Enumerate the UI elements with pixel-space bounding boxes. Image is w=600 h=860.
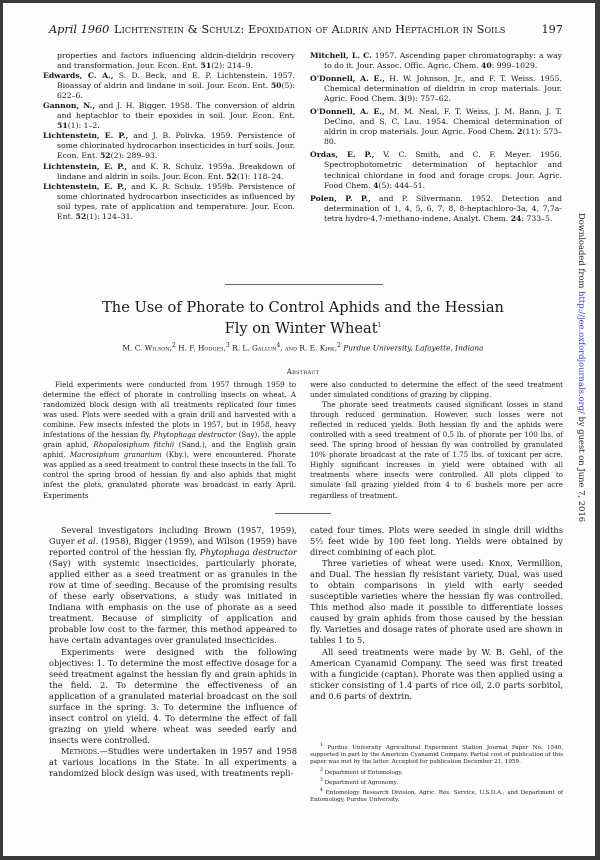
body-left: Several investigators including Brown (1… bbox=[49, 525, 297, 779]
page-number: 197 bbox=[541, 23, 563, 36]
reference-item: Ordas, E. P., V. C. Smith, and C. F. Mey… bbox=[310, 150, 562, 190]
section-divider bbox=[225, 284, 383, 285]
footnote: 4 Entomology Research Division, Agric. R… bbox=[310, 787, 563, 804]
reference-item: Polen, P. P., and P. Silvermann. 1952. D… bbox=[310, 194, 562, 224]
reference-item: Lichtenstein, E. P., and K. R. Schulz. 1… bbox=[43, 162, 295, 182]
references-right: Mitchell, L. C. 1957. Ascending paper ch… bbox=[310, 51, 562, 224]
reference-item: O'Donnell, A. E., M. M. Neal, F. T. Weis… bbox=[310, 107, 562, 147]
reference-item: properties and factors influencing aldri… bbox=[43, 51, 295, 71]
journal-link[interactable]: http://jee.oxfordjournals.org/ bbox=[577, 291, 587, 414]
references-left: properties and factors influencing aldri… bbox=[43, 51, 295, 222]
abstract-left: Field experiments were conducted from 19… bbox=[43, 380, 296, 501]
reference-item: O'Donnell, A. E., H. W. Johnson, Jr., an… bbox=[310, 74, 562, 104]
abstract-paragraph: The phorate seed treatments caused signi… bbox=[310, 400, 563, 500]
body-right: cated four times. Plots were seeded in s… bbox=[310, 525, 563, 702]
abstract-right: were also conducted to determine the eff… bbox=[310, 380, 563, 501]
reference-item: Lichtenstein, E. P., and K. R. Schulz. 1… bbox=[43, 182, 295, 222]
running-title: Lichtenstein & Schulz: Epoxidation of Al… bbox=[114, 23, 505, 36]
article-authors: M. C. Wilson,2 H. F. Hodges,3 R. L. Gall… bbox=[33, 342, 573, 352]
abstract-paragraph: Field experiments were conducted from 19… bbox=[43, 380, 296, 501]
body-paragraph: Methods.—Studies were undertaken in 1957… bbox=[49, 746, 297, 779]
journal-page: April 1960 Lichtenstein & Schulz: Epoxid… bbox=[3, 3, 595, 856]
body-paragraph: All seed treatments were made by W. B. G… bbox=[310, 647, 563, 702]
abstract-divider bbox=[275, 513, 331, 514]
reference-item: Lichtenstein, E. P., and J. B. Polivka. … bbox=[43, 131, 295, 161]
affiliation: Purdue University, Lafayette, Indiana bbox=[343, 343, 483, 352]
abstract-heading: Abstract bbox=[253, 368, 353, 376]
footnote: 1 Purdue University Agricultural Experim… bbox=[310, 742, 563, 767]
title-line-1: The Use of Phorate to Control Aphids and… bbox=[43, 299, 563, 317]
reference-item: Mitchell, L. C. 1957. Ascending paper ch… bbox=[310, 51, 562, 71]
download-watermark: Downloaded from http://jee.oxfordjournal… bbox=[575, 213, 587, 593]
issue-date: April 1960 bbox=[49, 23, 109, 36]
reference-item: Gannon, N., and J. H. Bigger. 1958. The … bbox=[43, 101, 295, 131]
title-line-2: Fly on Winter Wheat1 bbox=[43, 317, 563, 338]
running-head: April 1960 Lichtenstein & Schulz: Epoxid… bbox=[49, 23, 563, 39]
footnote: 2 Department of Entomology. bbox=[310, 767, 563, 777]
reference-item: Edwards, C. A., S. D. Beck, and E. P. Li… bbox=[43, 71, 295, 101]
body-paragraph: Several investigators including Brown (1… bbox=[49, 525, 297, 647]
footnotes: 1 Purdue University Agricultural Experim… bbox=[310, 742, 563, 805]
body-paragraph: cated four times. Plots were seeded in s… bbox=[310, 525, 563, 558]
body-paragraph: Three varieties of wheat were used: Knox… bbox=[310, 558, 563, 646]
abstract-paragraph: were also conducted to determine the eff… bbox=[310, 380, 563, 400]
body-paragraph: Experiments were designed with the follo… bbox=[49, 647, 297, 746]
article-title: The Use of Phorate to Control Aphids and… bbox=[43, 299, 563, 338]
footnote: 3 Department of Agronomy. bbox=[310, 777, 563, 787]
